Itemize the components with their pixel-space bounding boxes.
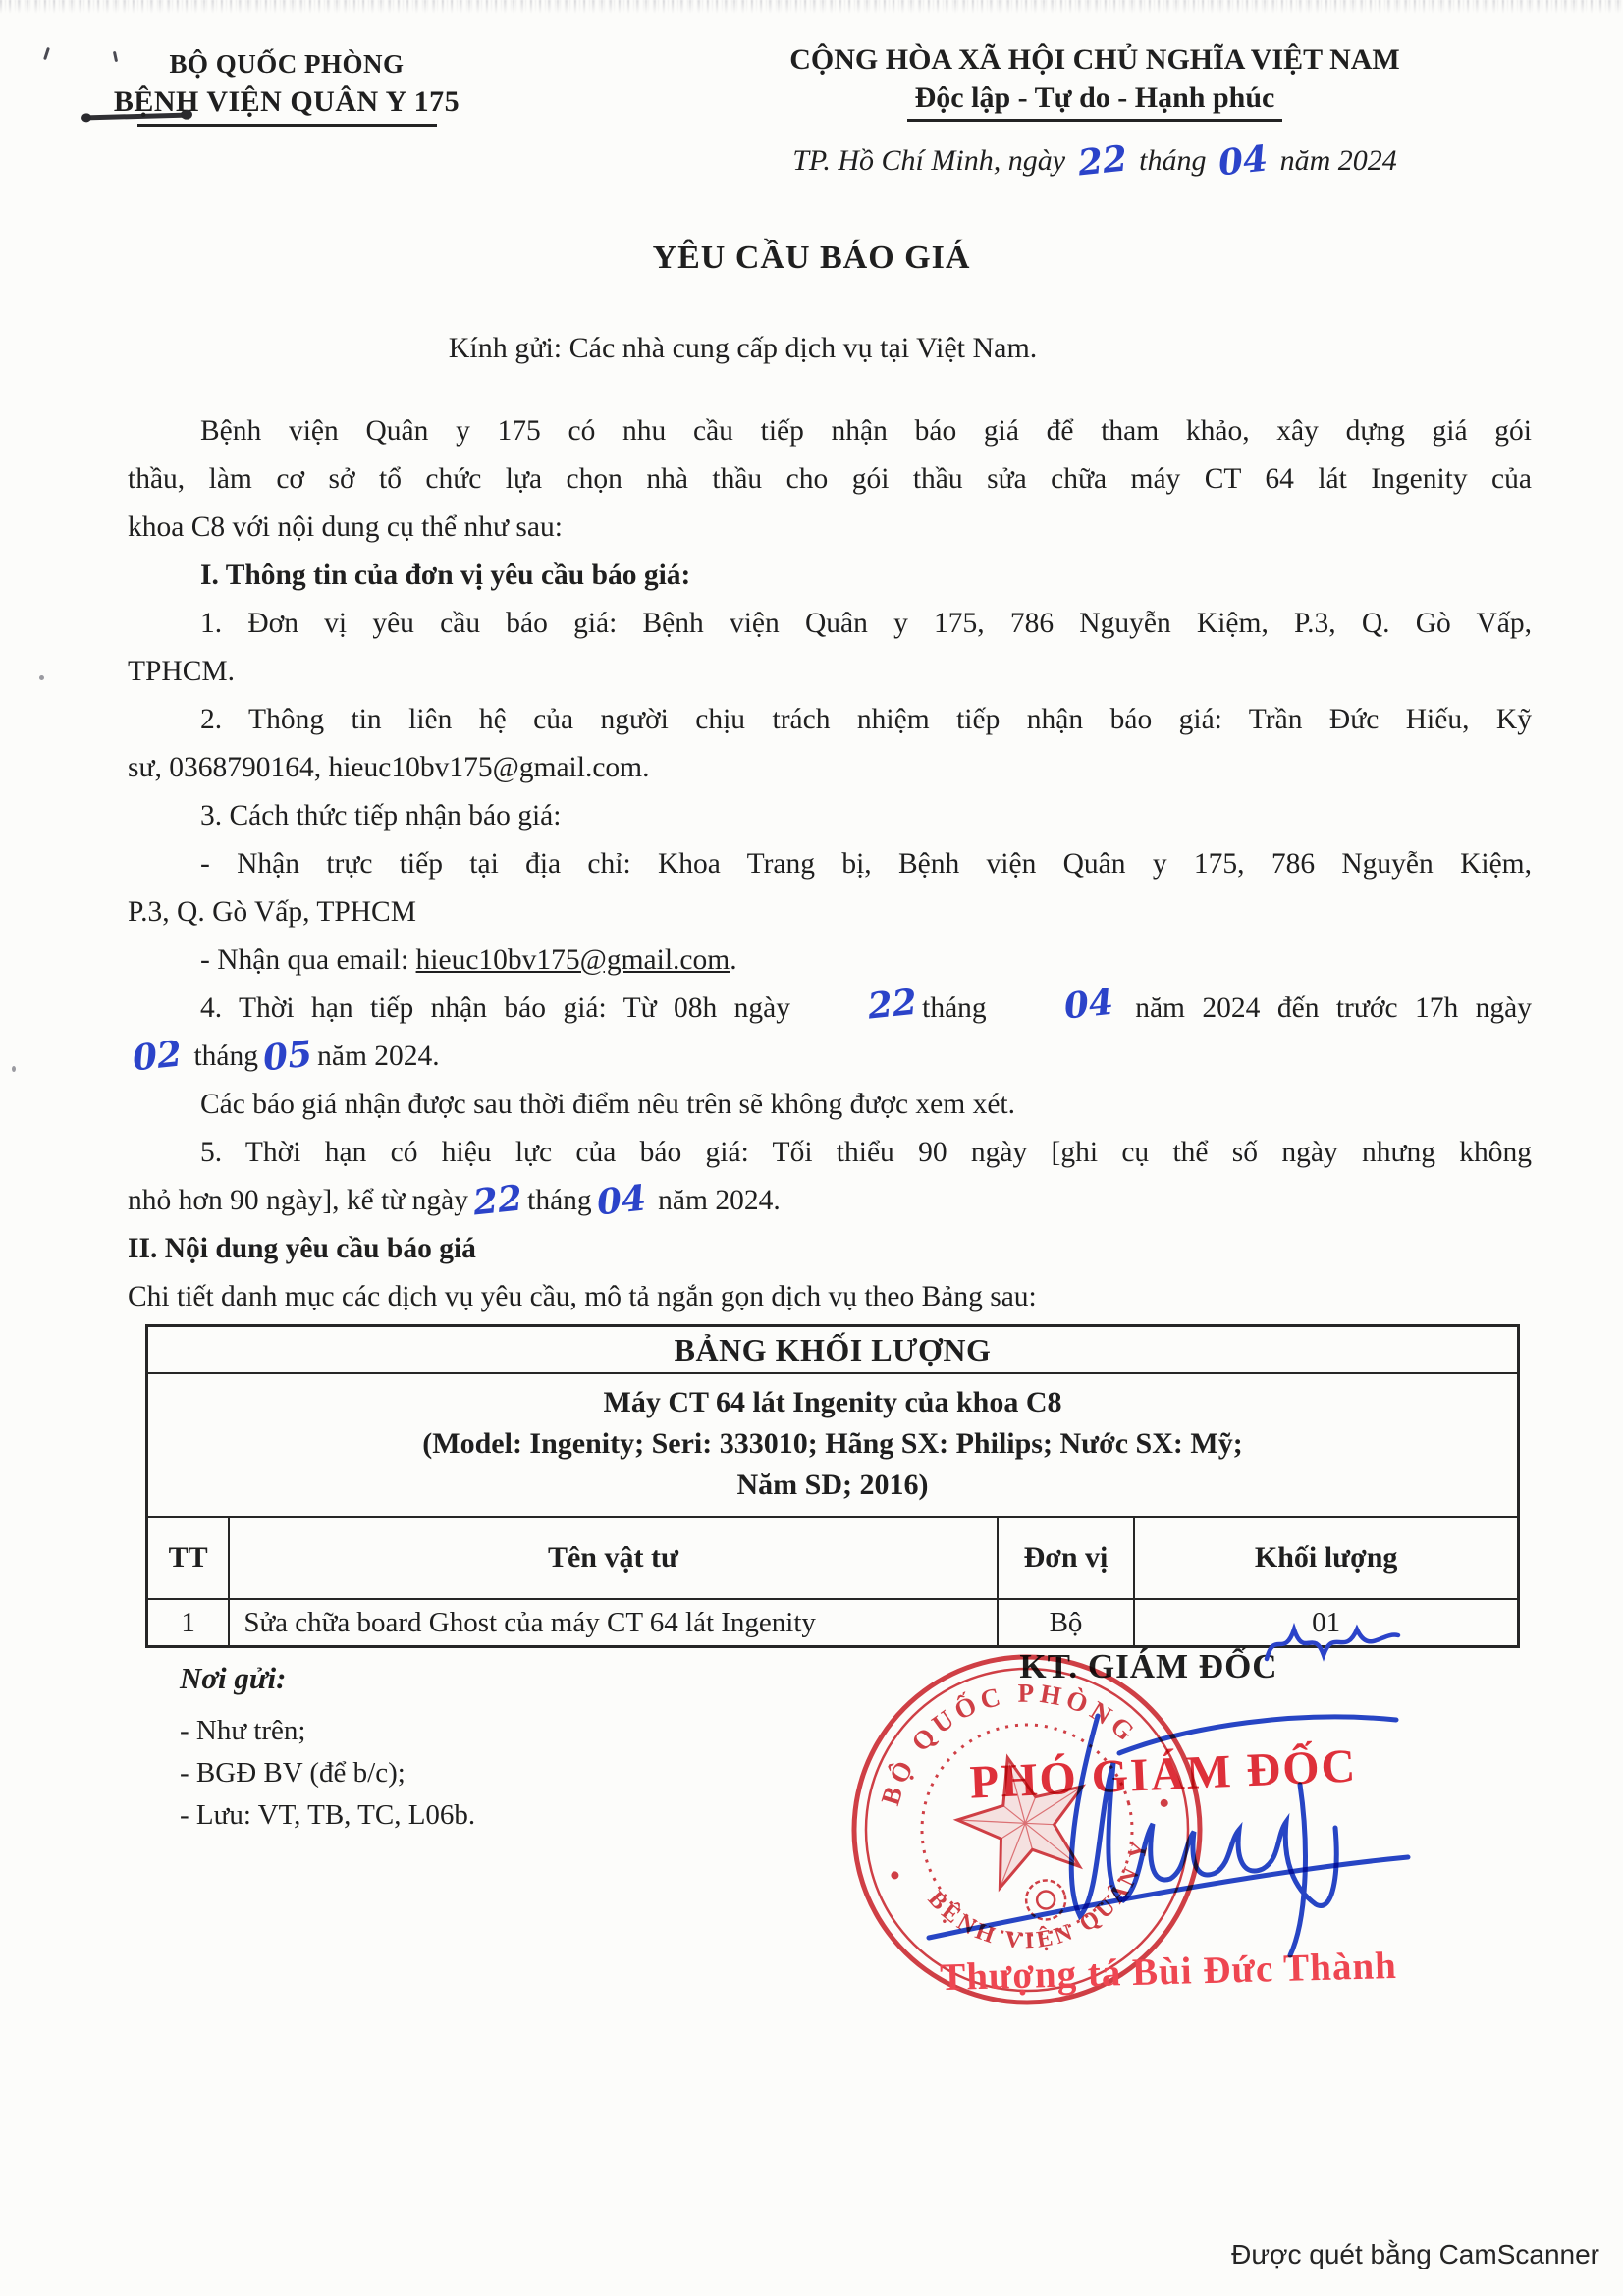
body-line: 2. Thông tin liên hệ của người chịu trác… xyxy=(128,696,1532,744)
body-line: nhỏ hơn 90 ngày], kể từ ngày22tháng04 nă… xyxy=(128,1177,1532,1225)
device-spec-line1: (Model: Ingenity; Seri: 333010; Hãng SX:… xyxy=(148,1423,1517,1465)
table-header-row: TT Tên vật tư Đơn vị Khối lượng xyxy=(147,1517,1519,1599)
body-line: Bệnh viện Quân y 175 có nhu cầu tiếp nhậ… xyxy=(128,407,1532,455)
deadline-thang2: tháng xyxy=(193,1041,258,1072)
body-line: sư, 0368790164, hieuc10bv175@gmail.com. xyxy=(128,744,1532,792)
body-line: khoa C8 với nội dung cụ thể như sau: xyxy=(128,504,1532,552)
contact-email: hieuc10bv175@gmail.com xyxy=(416,944,730,976)
recipient-item: - Như trên; xyxy=(180,1710,475,1752)
deadline-middle: năm 2024 đến trước 17h ngày xyxy=(1135,992,1532,1024)
scanned-document-page: BỘ QUỐC PHÒNG BỆNH VIỆN QUÂN Y 175 CỘNG … xyxy=(0,0,1623,2296)
email-line-suffix: . xyxy=(730,944,736,976)
device-name: Máy CT 64 lát Ingenity của khoa C8 xyxy=(148,1382,1517,1423)
body-line: Các báo giá nhận được sau thời điểm nêu … xyxy=(128,1081,1532,1129)
salutation-line: Kính gửi: Các nhà cung cấp dịch vụ tại V… xyxy=(0,332,1554,365)
recipients-heading: Nơi gửi: xyxy=(180,1661,475,1696)
handwritten-day: 02 xyxy=(126,1036,189,1077)
col-header-unit: Đơn vị xyxy=(998,1517,1135,1599)
cell-tt: 1 xyxy=(147,1599,230,1647)
section1-heading: I. Thông tin của đơn vị yêu cầu báo giá: xyxy=(128,552,1532,600)
handwritten-month: 04 xyxy=(985,984,1119,1033)
recipient-item: - Lưu: VT, TB, TC, L06b. xyxy=(180,1794,475,1837)
device-spec-line2: Năm SD; 2016) xyxy=(148,1465,1517,1506)
section2-heading: II. Nội dung yêu cầu báo giá xyxy=(128,1225,1532,1273)
document-body: Bệnh viện Quân y 175 có nhu cầu tiếp nhậ… xyxy=(128,407,1532,1321)
validity-thang: tháng xyxy=(527,1185,592,1216)
motto: Độc lập - Tự do - Hạnh phúc xyxy=(751,81,1438,115)
recipients-block: Nơi gửi: - Như trên; - BGĐ BV (để b/c); … xyxy=(180,1661,475,1837)
col-header-tt: TT xyxy=(147,1517,230,1599)
national-motto-block: CỘNG HÒA XÃ HỘI CHỦ NGHĨA VIỆT NAM Độc l… xyxy=(751,43,1438,179)
col-header-quantity: Khối lượng xyxy=(1134,1517,1518,1599)
body-line: - Nhận qua email: hieuc10bv175@gmail.com… xyxy=(128,936,1532,985)
date-thang: tháng xyxy=(1139,144,1206,177)
body-line: Chi tiết danh mục các dịch vụ yêu cầu, m… xyxy=(128,1273,1532,1321)
document-title: YÊU CẦU BÁO GIÁ xyxy=(0,240,1623,277)
deadline-thang: tháng xyxy=(922,992,987,1024)
scan-speck xyxy=(12,1066,16,1072)
deadline-prefix: 4. Thời hạn tiếp nhận báo giá: Từ 08h ng… xyxy=(200,992,790,1024)
body-line: 5. Thời hạn có hiệu lực của báo giá: Tối… xyxy=(128,1129,1532,1177)
handwritten-month: 05 xyxy=(256,1036,319,1077)
quantity-table: BẢNG KHỐI LƯỢNG Máy CT 64 lát Ingenity c… xyxy=(145,1324,1520,1648)
body-line: P.3, Q. Gò Vấp, TPHCM xyxy=(128,888,1532,936)
col-header-name: Tên vật tư xyxy=(229,1517,997,1599)
camscanner-watermark: Được quét bằng CamScanner xyxy=(1231,2239,1599,2270)
hospital-name: BỆNH VIỆN QUÂN Y 175 xyxy=(90,85,483,119)
body-line: - Nhận trực tiếp tại địa chỉ: Khoa Trang… xyxy=(128,840,1532,888)
handwritten-month: 04 xyxy=(590,1180,653,1221)
cell-name: Sửa chữa board Ghost của máy CT 64 lát I… xyxy=(229,1599,997,1647)
date-suffix: năm 2024 xyxy=(1280,144,1397,177)
scan-speck xyxy=(43,47,50,60)
validity-end: năm 2024. xyxy=(658,1185,781,1216)
table-subtitle: Máy CT 64 lát Ingenity của khoa C8 (Mode… xyxy=(147,1373,1519,1517)
issuer-block: BỘ QUỐC PHÒNG BỆNH VIỆN QUÂN Y 175 xyxy=(90,49,483,127)
ministry-name: BỘ QUỐC PHÒNG xyxy=(90,49,483,80)
handwritten-month: 04 xyxy=(1212,140,1274,182)
scan-speck xyxy=(39,675,44,680)
recipient-item: - BGĐ BV (để b/c); xyxy=(180,1752,475,1794)
body-line: 3. Cách thức tiếp nhận báo giá: xyxy=(128,792,1532,840)
body-line: 4. Thời hạn tiếp nhận báo giá: Từ 08h ng… xyxy=(128,985,1532,1033)
pen-scribble-mark xyxy=(1259,1616,1416,1671)
body-line: TPHCM. xyxy=(128,648,1532,696)
country-title: CỘNG HÒA XÃ HỘI CHỦ NGHĨA VIỆT NAM xyxy=(751,43,1438,77)
body-line: thầu, làm cơ sở tổ chức lựa chọn nhà thầ… xyxy=(128,455,1532,504)
validity-prefix: nhỏ hơn 90 ngày], kể từ ngày xyxy=(128,1185,468,1216)
body-line: 1. Đơn vị yêu cầu báo giá: Bệnh viện Quâ… xyxy=(128,600,1532,648)
signature-underline-stroke xyxy=(911,1836,1422,1953)
handwritten-day: 22 xyxy=(1071,140,1134,182)
handwritten-day: 22 xyxy=(466,1180,529,1221)
place-date-line: TP. Hồ Chí Minh, ngày 22 tháng 04 năm 20… xyxy=(751,143,1438,179)
email-line-prefix: - Nhận qua email: xyxy=(200,944,416,976)
date-prefix: TP. Hồ Chí Minh, ngày xyxy=(792,144,1065,177)
underline-rule xyxy=(137,124,437,127)
underline-rule xyxy=(907,119,1282,122)
handwritten-day: 22 xyxy=(789,984,924,1033)
deadline-end: năm 2024. xyxy=(317,1041,440,1072)
table-title: BẢNG KHỐI LƯỢNG xyxy=(147,1326,1519,1374)
body-line: 02 tháng05năm 2024. xyxy=(128,1033,1532,1081)
